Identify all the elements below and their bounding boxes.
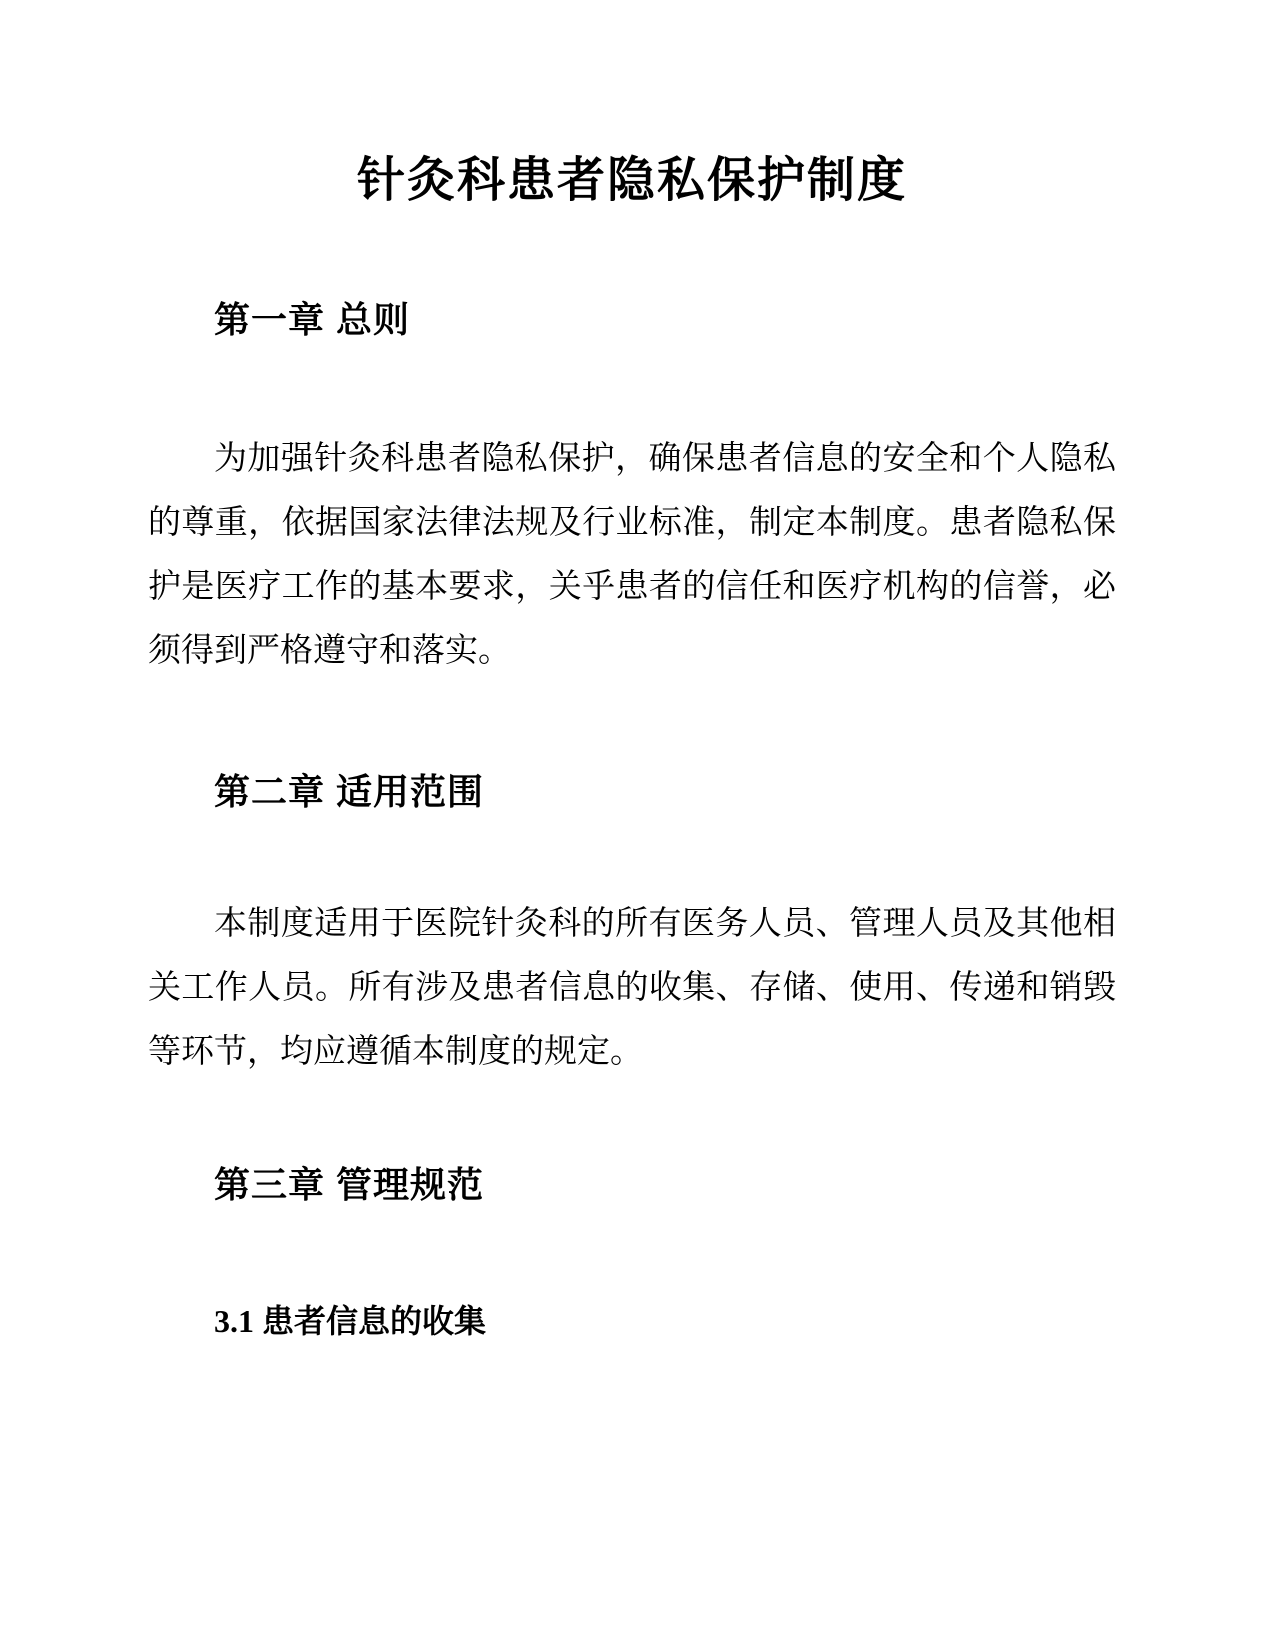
- chapter-3-heading: 第三章 管理规范: [214, 1165, 1116, 1205]
- document-page: 针灸科患者隐私保护制度 第一章 总则 为加强针灸科患者隐私保护，确保患者信息的安…: [0, 0, 1275, 1650]
- chapter-1-heading: 第一章 总则: [214, 300, 1116, 340]
- chapter-2-paragraph: 本制度适用于医院针灸科的所有医务人员、管理人员及其他相关工作人员。所有涉及患者信…: [148, 892, 1116, 1084]
- chapter-1-paragraph: 为加强针灸科患者隐私保护，确保患者信息的安全和个人隐私的尊重，依据国家法律法规及…: [148, 427, 1116, 683]
- document-content: 针灸科患者隐私保护制度 第一章 总则 为加强针灸科患者隐私保护，确保患者信息的安…: [148, 155, 1116, 1339]
- section-3-1-heading: 3.1 患者信息的收集: [214, 1303, 1116, 1339]
- section-3-1-number: 3.1: [214, 1303, 254, 1339]
- section-3-1-title: 患者信息的收集: [262, 1303, 486, 1339]
- document-title: 针灸科患者隐私保护制度: [148, 155, 1116, 207]
- chapter-2-heading: 第二章 适用范围: [214, 772, 1116, 812]
